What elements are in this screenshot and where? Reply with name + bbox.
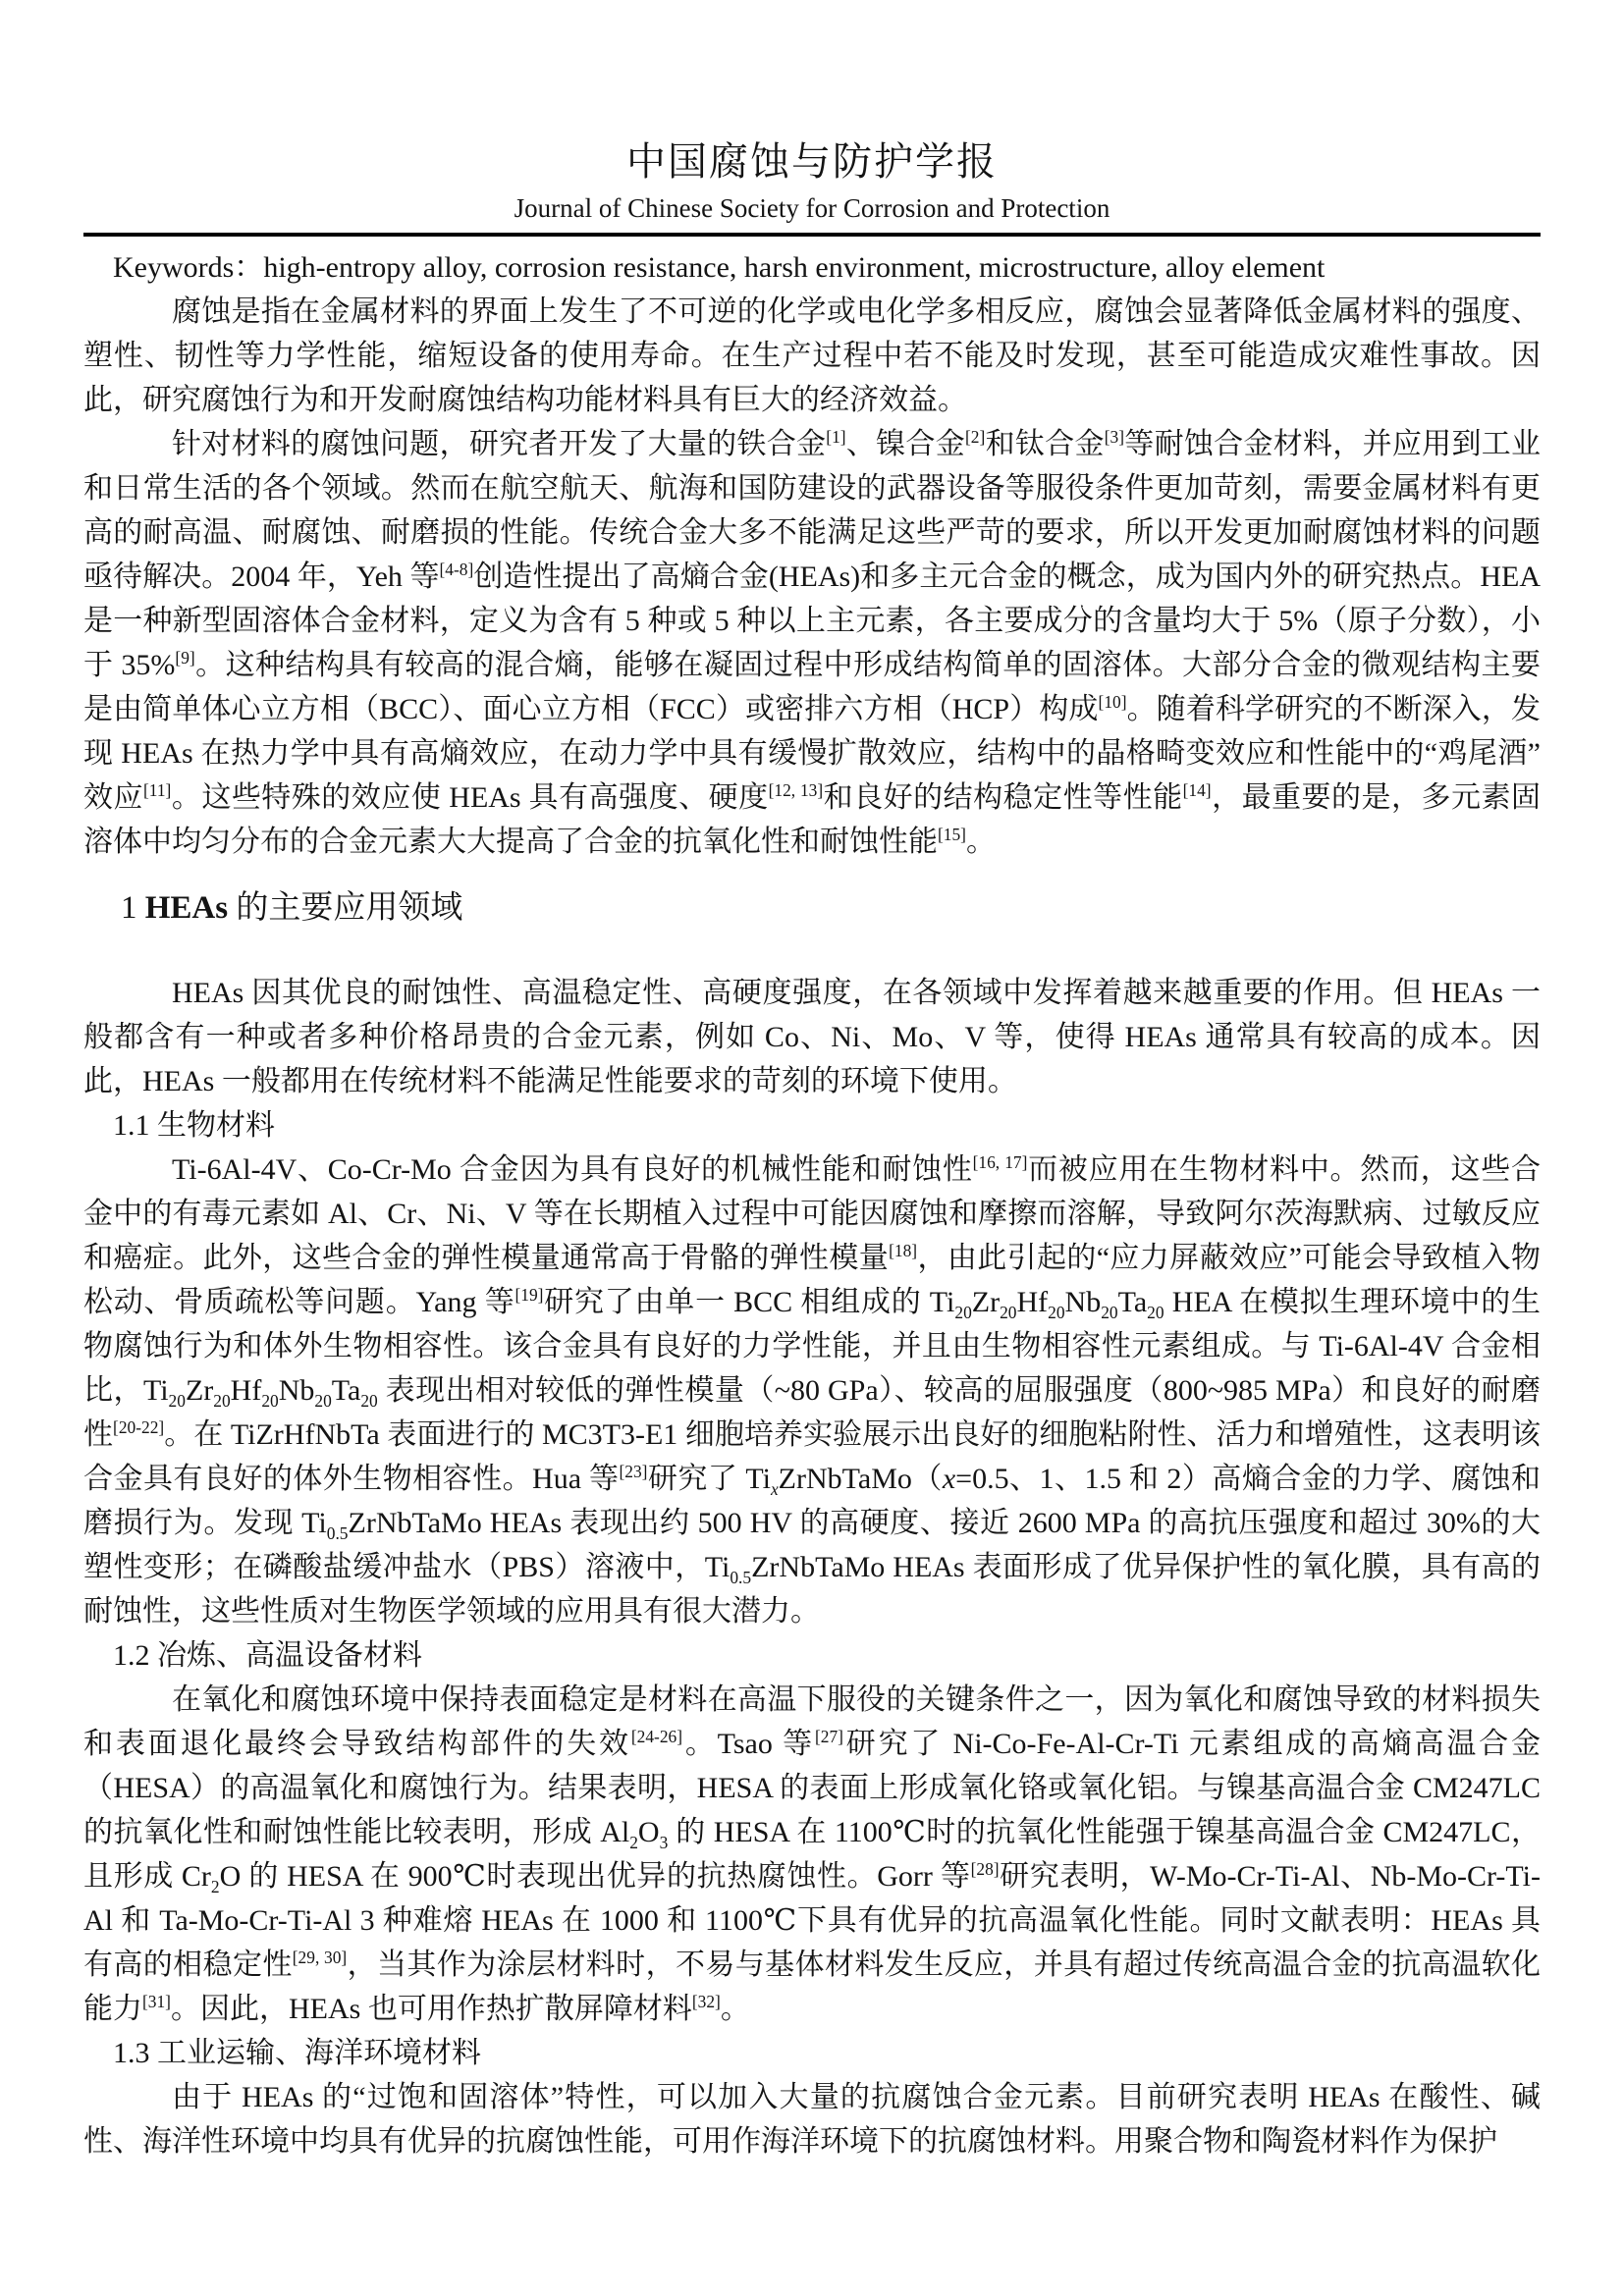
subsection-1-1-heading: 1.1 生物材料	[83, 1103, 1541, 1148]
bio-materials-paragraph: Ti-6Al-4V、Co-Cr-Mo 合金因为具有良好的机械性能和耐蚀性[16,…	[83, 1148, 1541, 1633]
section-1-paragraph: HEAs 因其优良的耐蚀性、高温稳定性、高硬度强度，在各领域中发挥着越来越重要的…	[83, 971, 1541, 1103]
keywords-label: Keywords：	[113, 251, 263, 284]
journal-title-en: Journal of Chinese Society for Corrosion…	[83, 193, 1541, 223]
subsection-1-3-heading: 1.3 工业运输、海洋环境材料	[83, 2031, 1541, 2075]
keywords-text: high-entropy alloy, corrosion resistance…	[263, 251, 1325, 284]
marine-paragraph: 由于 HEAs 的“过饱和固溶体”特性，可以加入大量的抗腐蚀合金元素。目前研究表…	[83, 2075, 1541, 2163]
article-body: 腐蚀是指在金属材料的界面上发生了不可逆的化学或电化学多相反应，腐蚀会显著降低金属…	[83, 290, 1541, 2163]
section-1-heading: 1 HEAs 的主要应用领域	[83, 886, 1541, 931]
journal-title-cn: 中国腐蚀与防护学报	[83, 141, 1541, 183]
subsection-1-2-heading: 1.2 冶炼、高温设备材料	[83, 1633, 1541, 1678]
intro-paragraph-2: 针对材料的腐蚀问题，研究者开发了大量的铁合金[1]、镍合金[2]和钛合金[3]等…	[83, 422, 1541, 864]
high-temp-paragraph: 在氧化和腐蚀环境中保持表面稳定是材料在高温下服役的关键条件之一，因为氧化和腐蚀导…	[83, 1678, 1541, 2031]
intro-paragraph-1: 腐蚀是指在金属材料的界面上发生了不可逆的化学或电化学多相反应，腐蚀会显著降低金属…	[83, 290, 1541, 422]
journal-page: 中国腐蚀与防护学报 Journal of Chinese Society for…	[0, 0, 1624, 2296]
keywords-line: Keywords：high-entropy alloy, corrosion r…	[83, 245, 1541, 290]
header-rule	[83, 233, 1541, 237]
